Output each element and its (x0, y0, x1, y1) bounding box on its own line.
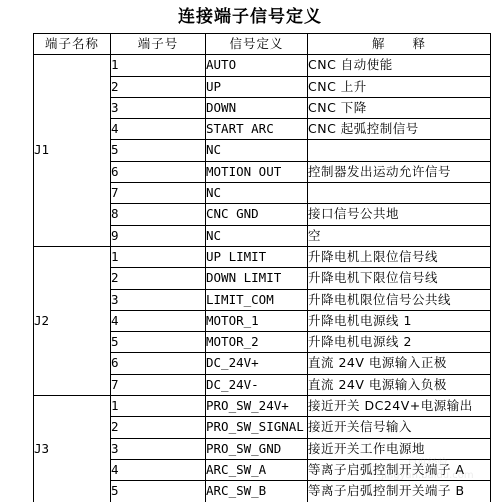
signal-name: LIMIT_COM (206, 289, 308, 310)
terminal-number: 2 (111, 76, 206, 97)
signal-name: UP (206, 76, 308, 97)
signal-name: START ARC (206, 119, 308, 140)
header-terminal-number: 端子号 (111, 34, 206, 55)
signal-description: 等离子启弧控制开关端子 B (308, 481, 491, 502)
signal-description: 升降电机上限位信号线 (308, 246, 491, 267)
page-title: 连接端子信号定义 (0, 2, 500, 27)
signal-description: CNC 起弧控制信号 (308, 119, 491, 140)
terminal-number: 5 (111, 140, 206, 161)
signal-name: PRO_SW_SIGNAL (206, 417, 308, 438)
terminal-group-name: J2 (34, 246, 111, 395)
table-row: J11AUTOCNC 自动使能 (34, 55, 491, 76)
signal-name: ARC_SW_B (206, 481, 308, 502)
terminal-number: 1 (111, 396, 206, 417)
terminal-number: 8 (111, 204, 206, 225)
signal-name: NC (206, 183, 308, 204)
signal-description: 接近开关工作电源地 (308, 438, 491, 459)
signal-name: NC (206, 140, 308, 161)
terminal-number: 1 (111, 55, 206, 76)
signal-description: 直流 24V 电源输入负极 (308, 374, 491, 395)
terminal-number: 4 (111, 459, 206, 480)
signal-name: MOTOR_1 (206, 310, 308, 331)
terminal-number: 7 (111, 183, 206, 204)
signal-name: DOWN (206, 97, 308, 118)
terminal-number: 7 (111, 374, 206, 395)
signal-description: 升降电机下限位信号线 (308, 268, 491, 289)
signal-description: 空 (308, 225, 491, 246)
signal-description: 直流 24V 电源输入正极 (308, 353, 491, 374)
terminal-number: 3 (111, 438, 206, 459)
table-row: J21UP LIMIT升降电机上限位信号线 (34, 246, 491, 267)
signal-name: PRO_SW_GND (206, 438, 308, 459)
terminal-group-name: J3 (34, 396, 111, 502)
signal-description: 升降电机电源线 2 (308, 332, 491, 353)
header-terminal-name: 端子名称 (34, 34, 111, 55)
signal-name: ARC_SW_A (206, 459, 308, 480)
signal-description: 控制器发出运动允许信号 (308, 161, 491, 182)
signal-name: MOTION OUT (206, 161, 308, 182)
table-body: J11AUTOCNC 自动使能2UPCNC 上升3DOWNCNC 下降4STAR… (34, 55, 491, 502)
header-signal-definition: 信号定义 (206, 34, 308, 55)
terminal-group-name: J1 (34, 55, 111, 247)
terminal-number: 4 (111, 119, 206, 140)
terminal-number: 3 (111, 97, 206, 118)
signal-description: 接近开关信号输入 (308, 417, 491, 438)
terminal-number: 6 (111, 353, 206, 374)
signal-name: DC_24V+ (206, 353, 308, 374)
signal-name: CNC GND (206, 204, 308, 225)
terminal-number: 9 (111, 225, 206, 246)
signal-description: 等离子启弧控制开关端子 A (308, 459, 491, 480)
terminal-number: 2 (111, 268, 206, 289)
terminal-signal-table: 端子名称 端子号 信号定义 解 释 J11AUTOCNC 自动使能2UPCNC … (33, 33, 491, 502)
terminal-number: 4 (111, 310, 206, 331)
signal-name: PRO_SW_24V+ (206, 396, 308, 417)
signal-description: 升降电机电源线 1 (308, 310, 491, 331)
terminal-number: 6 (111, 161, 206, 182)
signal-description (308, 183, 491, 204)
signal-name: UP LIMIT (206, 246, 308, 267)
signal-description: CNC 自动使能 (308, 55, 491, 76)
signal-description: 接近开关 DC24V+电源输出 (308, 396, 491, 417)
terminal-number: 5 (111, 481, 206, 502)
table-header-row: 端子名称 端子号 信号定义 解 释 (34, 34, 491, 55)
terminal-number: 3 (111, 289, 206, 310)
terminal-number: 1 (111, 246, 206, 267)
signal-name: MOTOR_2 (206, 332, 308, 353)
signal-name: NC (206, 225, 308, 246)
signal-description: CNC 上升 (308, 76, 491, 97)
signal-description: 升降电机限位信号公共线 (308, 289, 491, 310)
signal-description (308, 140, 491, 161)
terminal-number: 5 (111, 332, 206, 353)
signal-description: CNC 下降 (308, 97, 491, 118)
table-row: J31PRO_SW_24V+接近开关 DC24V+电源输出 (34, 396, 491, 417)
signal-name: DOWN LIMIT (206, 268, 308, 289)
terminal-number: 2 (111, 417, 206, 438)
signal-description: 接口信号公共地 (308, 204, 491, 225)
signal-name: DC_24V- (206, 374, 308, 395)
signal-name: AUTO (206, 55, 308, 76)
header-explanation: 解 释 (308, 34, 491, 55)
